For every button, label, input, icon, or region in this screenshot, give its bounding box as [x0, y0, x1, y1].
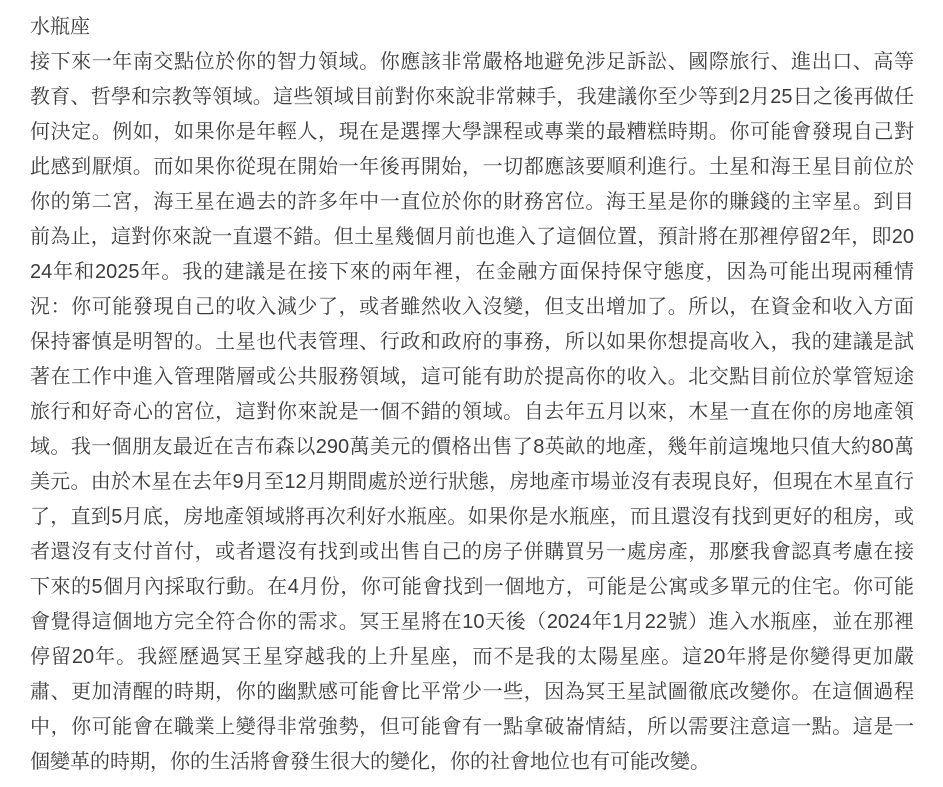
document-body: 水瓶座 接下來一年南交點位於你的智力領域。你應該非常嚴格地避免涉足訴訟、國際旅行…	[30, 10, 914, 780]
text-line: 會覺得這個地方完全符合你的需求。冥王星將在10天後（2024年1月22號）進入水…	[30, 605, 914, 640]
text-line: 了，直到5月底，房地產領域將再次利好水瓶座。如果你是水瓶座，而且還沒有找到更好的…	[30, 500, 914, 535]
text-line: 美元。由於木星在去年9月至12月期間處於逆行狀態，房地產市場並沒有表現良好，但現…	[30, 465, 914, 500]
text-line: 前為止，這對你來說一直還不錯。但土星幾個月前也進入了這個位置，預計將在那裡停留2…	[30, 220, 914, 255]
text-line: 況：你可能發現自己的收入減少了，或者雖然收入沒變，但支出增加了。所以，在資金和收…	[30, 290, 914, 325]
text-line: 者還沒有支付首付，或者還沒有找到或出售自己的房子併購買另一處房產，那麼我會認真考…	[30, 535, 914, 570]
text-line: 下來的5個月內採取行動。在4月份，你可能會找到一個地方，可能是公寓或多單元的住宅…	[30, 570, 914, 605]
text-line: 24年和2025年。我的建議是在接下來的兩年裡，在金融方面保持保守態度，因為可能…	[30, 255, 914, 290]
text-line: 停留20年。我經歷過冥王星穿越我的上升星座，而不是我的太陽星座。這20年將是你變…	[30, 640, 914, 675]
text-line: 肅、更加清醒的時期，你的幽默感可能會比平常少一些，因為冥王星試圖徹底改變你。在這…	[30, 675, 914, 710]
text-line: 旅行和好奇心的宮位，這對你來說是一個不錯的領域。自去年五月以來，木星一直在你的房…	[30, 395, 914, 430]
text-line: 著在工作中進入管理階層或公共服務領域，這可能有助於提高你的收入。北交點目前位於掌…	[30, 360, 914, 395]
text-line: 保持審慎是明智的。土星也代表管理、行政和政府的事務，所以如果你想提高收入，我的建…	[30, 325, 914, 360]
text-line: 中，你可能會在職業上變得非常強勢，但可能會有一點拿破崙情結，所以需要注意這一點。…	[30, 710, 914, 745]
page-title: 水瓶座	[30, 10, 914, 45]
text-line: 域。我一個朋友最近在吉布森以290萬美元的價格出售了8英畝的地產，幾年前這塊地只…	[30, 430, 914, 465]
text-line: 此感到厭煩。而如果你從現在開始一年後再開始，一切都應該要順利進行。土星和海王星目…	[30, 150, 914, 185]
text-line: 接下來一年南交點位於你的智力領域。你應該非常嚴格地避免涉足訴訟、國際旅行、進出口…	[30, 45, 914, 80]
text-line: 何決定。例如，如果你是年輕人，現在是選擇大學課程或專業的最糟糕時期。你可能會發現…	[30, 115, 914, 150]
text-line: 個變革的時期，你的生活將會發生很大的變化，你的社會地位也有可能改變。	[30, 745, 914, 780]
text-line: 你的第二宮，海王星在過去的許多年中一直位於你的財務宮位。海王星是你的賺錢的主宰星…	[30, 185, 914, 220]
text-line: 教育、哲學和宗教等領域。這些領域目前對你來說非常棘手，我建議你至少等到2月25日…	[30, 80, 914, 115]
